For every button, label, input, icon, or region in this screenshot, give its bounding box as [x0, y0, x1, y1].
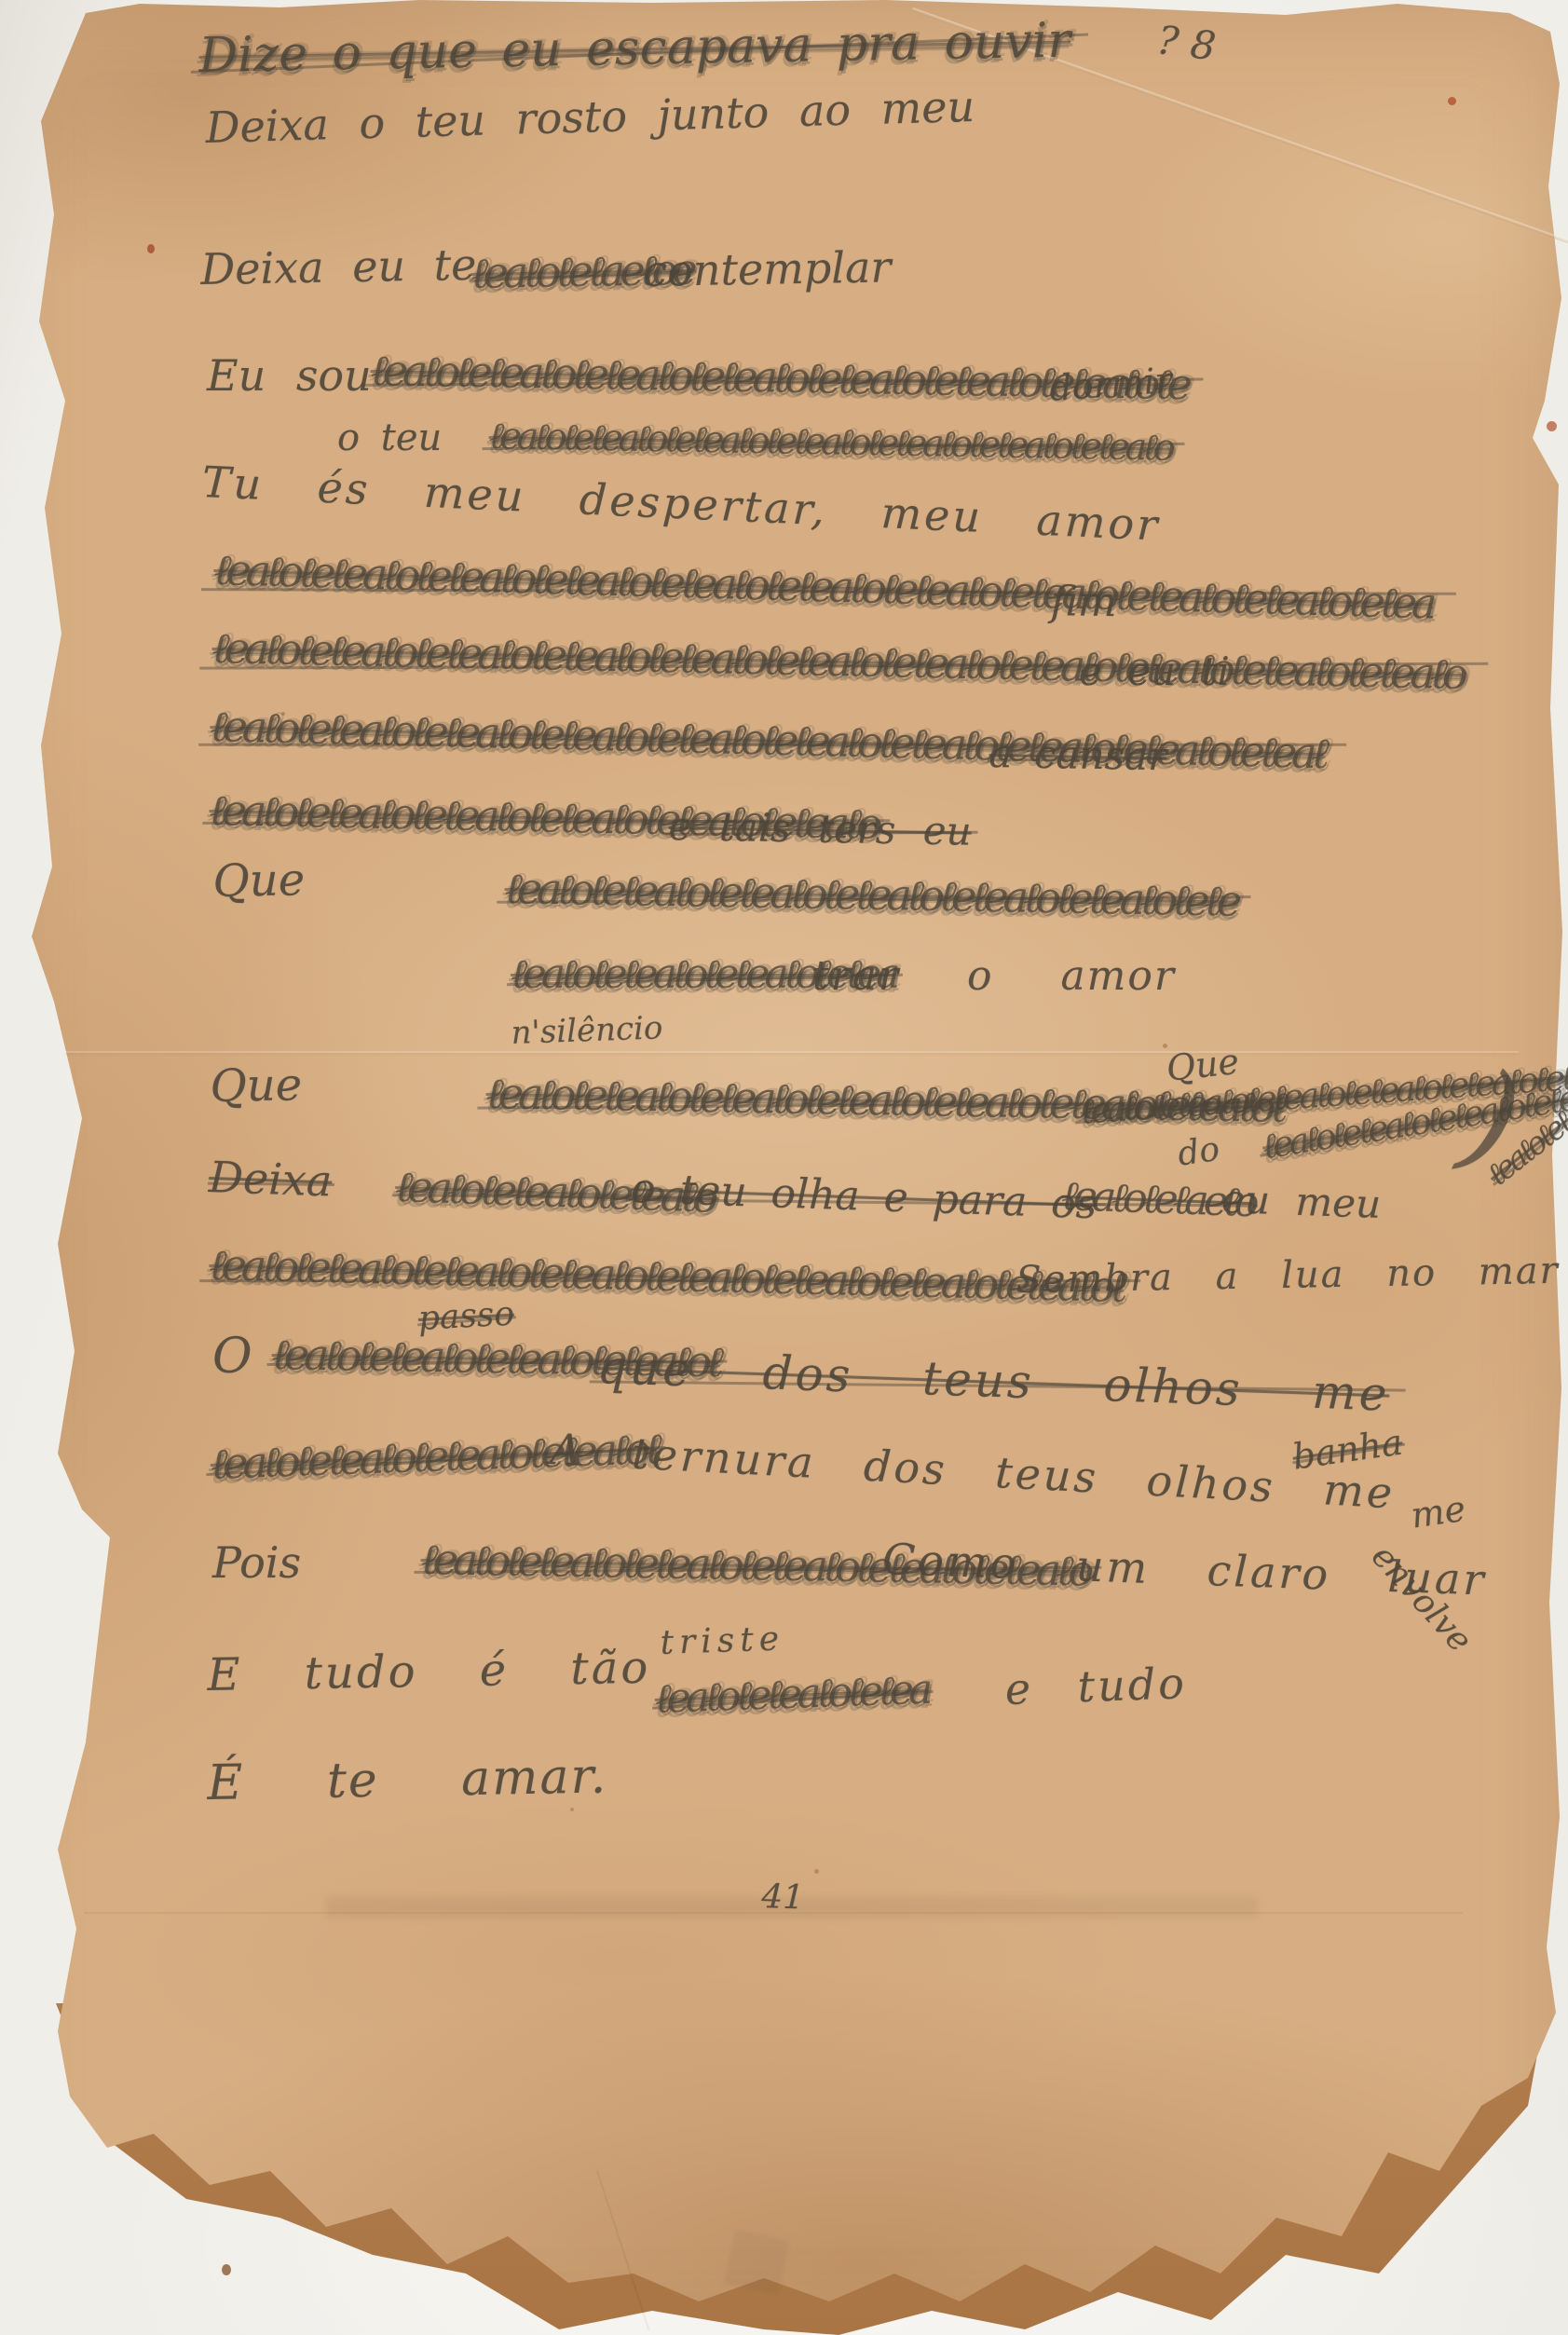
interline-word-triste: triste: [660, 1622, 785, 1660]
handwritten-line-17-start: Pois: [212, 1541, 301, 1584]
handwritten-line-15-start: O: [212, 1332, 252, 1381]
handwritten-line-10-start: Que: [212, 857, 305, 904]
scanned-manuscript-page: Dize o que eu escapava pra ouvir ? 8 Dei…: [0, 0, 1568, 2335]
handwritten-line-4-start: Eu sou: [207, 354, 372, 397]
scribble-crossout: ℓeaℓoℓeℓeaℓoℓeℓea: [654, 1670, 928, 1720]
paper-freckle: [570, 1808, 574, 1811]
paper-stain: [222, 2264, 231, 2275]
handwritten-line-13-start-crossed: Deixa: [208, 1155, 333, 1203]
interline-word-silencio: n'silêncio: [511, 1012, 663, 1049]
handwritten-line-18-start: E tudo é tão: [207, 1645, 651, 1698]
interline-word-passo: passo: [417, 1298, 515, 1336]
paper-stain: [814, 1869, 819, 1874]
paper-crease-middle: [65, 1051, 1519, 1053]
line-6-trailing-word: fim: [1050, 581, 1117, 623]
right-margin-word-do: do: [1176, 1133, 1221, 1172]
paper-stain: [147, 244, 155, 253]
right-line-sembra-a-lua-no-mar: Sembra a lua no mar: [1016, 1252, 1560, 1299]
faint-pencil-ghost-mark: [723, 2229, 789, 2295]
handwritten-line-11-words: trar o amor: [812, 956, 1176, 997]
handwritten-line-12-start: Que: [210, 1062, 302, 1109]
handwritten-line-19: É te amar.: [207, 1753, 608, 1808]
page-number: 41: [761, 1880, 805, 1916]
handwritten-line-1-crossed-out: Dize o que eu escapava pra ouvir: [198, 17, 1071, 80]
scribble-crossout: ℓeaℓoℓeℓeaℓoℓeℓeaℓoℓeℓeaℓoℓeℓeaℓoℓeℓeaℓo…: [488, 417, 1171, 467]
top-right-question-mark-note: ? 8: [1155, 20, 1218, 66]
margin-word-me: me: [1409, 1491, 1467, 1534]
paper-stain: [1547, 421, 1557, 431]
handwritten-line-13-end: eu meu: [1221, 1180, 1382, 1224]
line-9-trailing-words-crossed: e tais ters eu: [668, 807, 972, 852]
handwritten-line-3-end: contemplar: [643, 245, 892, 293]
line-8-trailing-words-crossed: a cansar: [989, 734, 1166, 776]
scribble-crossout: ℓeaℓoℓeℓeaℓoℓeℓeaℓoℓeℓeaℓoℓeℓeaℓoℓeℓeaℓo…: [504, 867, 1236, 922]
paper-stain: [1448, 97, 1456, 105]
interline-word-dormir: dormir: [1048, 362, 1173, 406]
line-7-trailing-words: e eu ti: [1079, 652, 1230, 691]
handwritten-line-18-end: e tudo: [1004, 1661, 1188, 1711]
handwritten-line-3-start: Deixa eu te: [200, 243, 477, 291]
interline-line-4b-start: o teu: [337, 419, 442, 457]
